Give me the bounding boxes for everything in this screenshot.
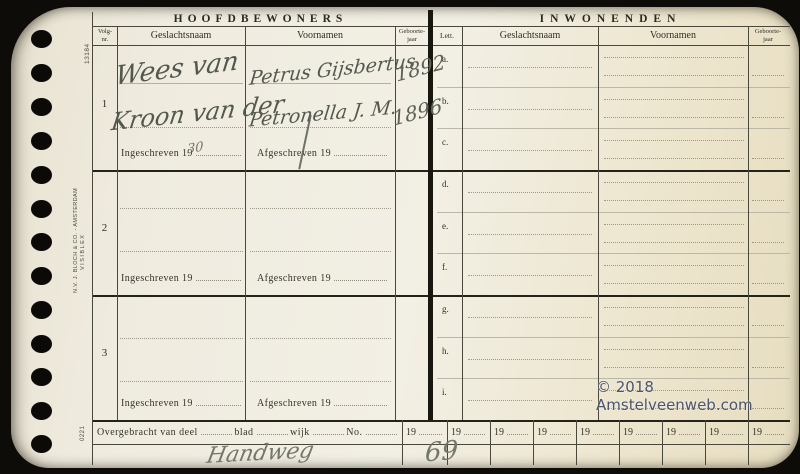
col-header-geslachtsnaam-left: Geslachtsnaam [117,30,245,41]
ingeschreven-label: Ingeschreven 19 [121,398,193,409]
row-number: 2 [92,222,117,234]
rule [619,420,620,465]
rule [533,420,534,465]
writing-line [752,367,784,368]
writing-line [604,182,744,183]
rule-light [437,337,790,338]
writing-line [752,283,784,284]
plate-number: 13184 [84,43,91,64]
year-cell: 19 [537,424,573,438]
rule-heavy [92,420,790,422]
dotted-leader [722,424,743,435]
rule-heavy [92,170,790,172]
writing-line [120,338,243,339]
rule [92,45,790,46]
dotted-leader [507,424,528,435]
year-prefix: 19 [537,427,547,438]
col-header-geboortejaar-left: Geboorte- jaar [394,28,430,43]
punch-hole [31,64,52,82]
writing-line [468,400,592,401]
writing-line [250,208,391,209]
dotted-leader [366,424,397,435]
rule [598,26,599,420]
col-header-geboortejaar-line1: Geboorte- [394,28,430,36]
ingeschreven-row2: Ingeschreven 19 [121,270,243,284]
writing-line [604,57,744,58]
letter-label: g. [442,304,462,314]
writing-line [468,67,592,68]
dotted-leader [636,424,657,435]
writing-line [468,359,592,360]
col-header-lett: Lett. [433,31,461,40]
writing-line [468,275,592,276]
year-cell: 19 [666,424,702,438]
punch-hole [31,368,52,386]
writing-line [604,200,744,201]
col-header-geboortejaar-right: Geboorte- jaar [747,28,789,43]
year-prefix: 19 [580,427,590,438]
year-prefix: 19 [623,427,633,438]
dotted-leader [334,270,387,281]
writing-line [468,150,592,151]
rule [705,420,706,465]
col-header-geboortejaar-line1: Geboorte- [747,28,789,36]
dotted-leader [679,424,700,435]
letter-label: b. [442,96,462,106]
writing-line [604,117,744,118]
writing-line [250,251,391,252]
rule [92,26,790,27]
dotted-leader [201,424,232,435]
afgeschreven-label: Afgeschreven 19 [257,273,331,284]
year-prefix: 19 [752,427,762,438]
dotted-leader [550,424,571,435]
rule-light [437,212,790,213]
rule [92,12,93,465]
col-header-volgnr-line1: Volg- [93,28,117,36]
punch-hole [31,200,52,218]
rule-light [437,128,790,129]
writing-line [752,325,784,326]
copyright-watermark: © 2018 Amstelveenweb.com [596,378,800,414]
rule-light [437,87,790,88]
dotted-leader [196,270,241,281]
writing-line [468,192,592,193]
writing-line [120,251,243,252]
writing-line [604,307,744,308]
punch-hole [31,166,52,184]
year-cell: 19 [752,424,786,438]
rule [245,26,246,420]
overgebracht-label: Overgebracht van deel [97,427,198,438]
writing-line [604,265,744,266]
year-prefix: 19 [494,427,504,438]
rule-heavy [92,295,790,297]
writing-line [604,75,744,76]
dotted-leader [419,424,442,435]
rule [748,26,749,420]
rule [662,420,663,465]
blad-label: blad [234,427,253,438]
punch-hole [31,301,52,319]
writing-line [468,109,592,110]
col-header-voornamen-right: Voornamen [598,30,748,41]
section-title-inwonenden: INWONENDEN [434,13,787,25]
year-cell: 19 [623,424,659,438]
punch-hole [31,30,52,48]
writing-line [604,325,744,326]
writing-line [752,158,784,159]
rule [576,420,577,465]
rule [748,420,749,465]
year-prefix: 19 [709,427,719,438]
dotted-leader [593,424,614,435]
handwritten-ingeschreven-year: 30 [187,139,203,157]
year-prefix: 19 [406,427,416,438]
afgeschreven-label: Afgeschreven 19 [257,398,331,409]
punch-hole [31,267,52,285]
writing-line [752,242,784,243]
afgeschreven-label: Afgeschreven 19 [257,148,331,159]
dotted-leader [313,424,344,435]
rule [462,26,463,420]
writing-line [604,99,744,100]
manufacturer-brand: VISIBLEX [80,234,86,270]
dotted-leader [464,424,485,435]
ingeschreven-row1: Ingeschreven 19 [121,145,243,159]
year-prefix: 19 [666,427,676,438]
ingeschreven-label: Ingeschreven 19 [121,273,193,284]
punch-hole [31,402,52,420]
col-header-voornamen-left: Voornamen [245,30,395,41]
edge-code: 0221 [80,426,86,441]
punch-hole [31,335,52,353]
punch-hole [31,98,52,116]
dotted-leader [257,424,288,435]
rule [395,26,396,420]
ingeschreven-row3: Ingeschreven 19 [121,395,243,409]
handwritten-house-number: 69 [424,435,459,468]
punch-hole [31,132,52,150]
overgebracht-row: Overgebracht van deel blad wijk No. [97,424,399,438]
writing-line [250,381,391,382]
wijk-label: wijk [290,427,310,438]
rule [402,420,403,465]
col-header-volgnr: Volg- nr. [93,28,117,43]
afgeschreven-row1: Afgeschreven 19 [257,145,389,159]
writing-line [604,349,744,350]
dotted-leader [334,145,387,156]
writing-line [120,381,243,382]
dotted-leader [196,395,241,406]
afgeschreven-row2: Afgeschreven 19 [257,270,389,284]
writing-line [752,200,784,201]
writing-line [604,140,744,141]
year-cell: 19 [406,424,444,438]
punch-hole [31,435,52,453]
no-label: No. [346,427,362,438]
ingeschreven-label: Ingeschreven 19 [121,148,193,159]
row-number: 3 [92,347,117,359]
letter-label: d. [442,179,462,189]
col-header-geboortejaar-line2: jaar [394,36,430,44]
writing-line [468,317,592,318]
rule [490,420,491,465]
year-cell: 19 [494,424,530,438]
writing-line [752,75,784,76]
manufacturer-company: N.V. J. BLOCH & CO. - AMSTERDAM [73,188,79,293]
writing-line [752,117,784,118]
writing-line [604,242,744,243]
letter-label: e. [442,221,462,231]
col-header-volgnr-line2: nr. [93,36,117,44]
punch-hole [31,233,52,251]
writing-line [250,338,391,339]
letter-label: c. [442,137,462,147]
rule-light [437,253,790,254]
afgeschreven-row3: Afgeschreven 19 [257,395,389,409]
col-header-geslachtsnaam-right: Geslachtsnaam [462,30,598,41]
dotted-leader [765,424,784,435]
writing-line [604,224,744,225]
dotted-leader [334,395,387,406]
year-cell: 19 [580,424,616,438]
letter-label: f. [442,262,462,272]
section-title-hoofdbewoners: HOOFDBEWONERS [92,13,429,25]
writing-line [468,234,592,235]
writing-line [604,367,744,368]
scanned-register-card: 13184 N.V. J. BLOCH & CO. - AMSTERDAM VI… [0,0,800,474]
writing-line [120,208,243,209]
letter-label: i. [442,387,462,397]
col-header-geboortejaar-line2: jaar [747,36,789,44]
writing-line [604,158,744,159]
writing-line [604,283,744,284]
year-cell: 19 [709,424,745,438]
letter-label: h. [442,346,462,356]
